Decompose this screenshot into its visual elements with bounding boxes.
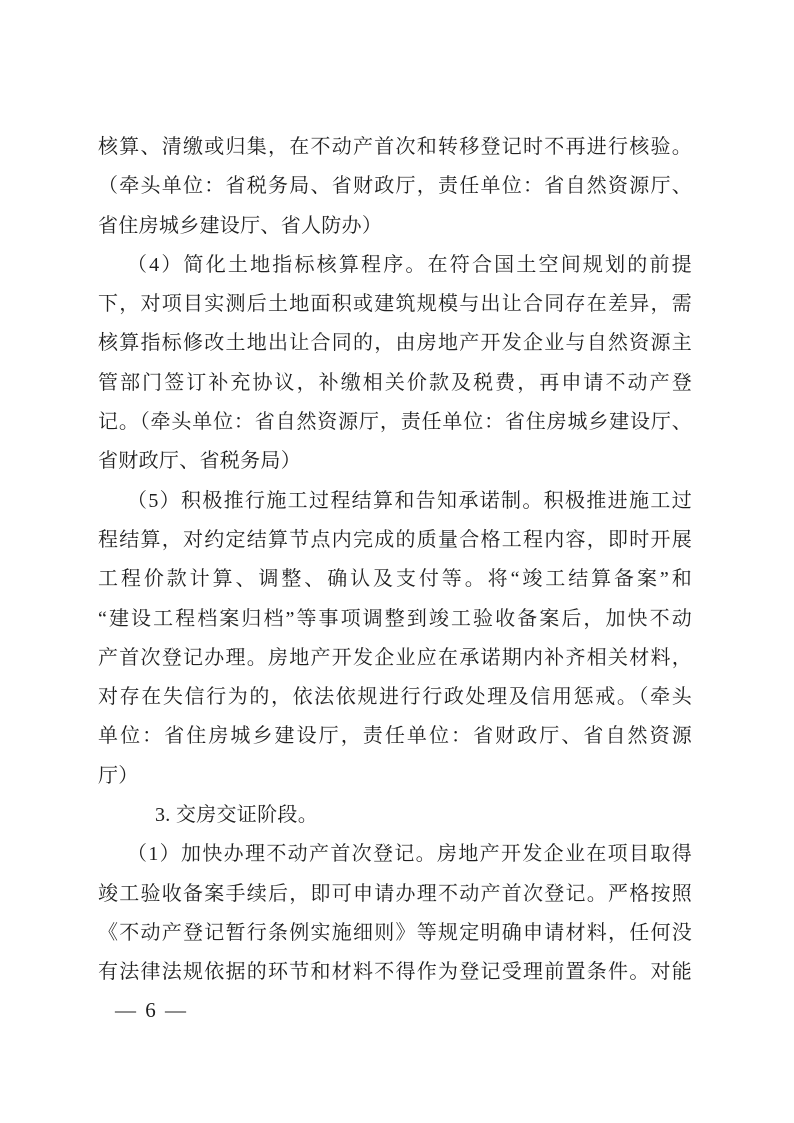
document-page: 核算、清缴或归集，在不动产首次和转移登记时不再进行核验。（牵头单位：省税务局、省… [0,0,794,1123]
text-line: （5）积极推行施工过程结算和告知承诺制。积极推进施工过 [98,482,692,521]
text-line: 下，对项目实测后土地面积或建筑规模与出让合同存在差异，需 [98,285,692,324]
text-line: 记。（牵头单位：省自然资源厅，责任单位：省住房城乡建设厅、 [98,403,692,442]
text-line: “建设工程档案归档”等事项调整到竣工验收备案后，加快不动 [98,600,692,639]
text-line: 省财政厅、省税务局） [98,442,692,481]
page-number: — 6 — [115,996,188,1024]
document-body: 核算、清缴或归集，在不动产首次和转移登记时不再进行核验。（牵头单位：省税务局、省… [98,128,692,993]
text-line: 省住房城乡建设厅、省人防办） [98,207,692,246]
text-line: 厅） [98,757,692,796]
text-line: 工程价款计算、调整、确认及支付等。将“竣工结算备案”和 [98,560,692,599]
text-line: 有法律法规依据的环节和材料不得作为登记受理前置条件。对能 [98,953,692,992]
text-line: 单位：省住房城乡建设厅，责任单位：省财政厅、省自然资源 [98,717,692,756]
text-line: 3. 交房交证阶段。 [98,796,692,835]
text-line: 核算、清缴或归集，在不动产首次和转移登记时不再进行核验。 [98,128,692,167]
text-line: 对存在失信行为的，依法依规进行行政处理及信用惩戒。（牵头 [98,678,692,717]
text-line: （牵头单位：省税务局、省财政厅，责任单位：省自然资源厅、 [98,167,692,206]
text-line: （1）加快办理不动产首次登记。房地产开发企业在项目取得 [98,835,692,874]
text-line: 产首次登记办理。房地产开发企业应在承诺期内补齐相关材料， [98,639,692,678]
text-line: （4）简化土地指标核算程序。在符合国土空间规划的前提 [98,246,692,285]
text-line: 核算指标修改土地出让合同的，由房地产开发企业与自然资源主 [98,324,692,363]
text-line: 程结算，对约定结算节点内完成的质量合格工程内容，即时开展 [98,521,692,560]
text-line: 《不动产登记暂行条例实施细则》等规定明确申请材料，任何没 [98,914,692,953]
text-line: 管部门签订补充协议，补缴相关价款及税费，再申请不动产登 [98,364,692,403]
text-line: 竣工验收备案手续后，即可申请办理不动产首次登记。严格按照 [98,875,692,914]
